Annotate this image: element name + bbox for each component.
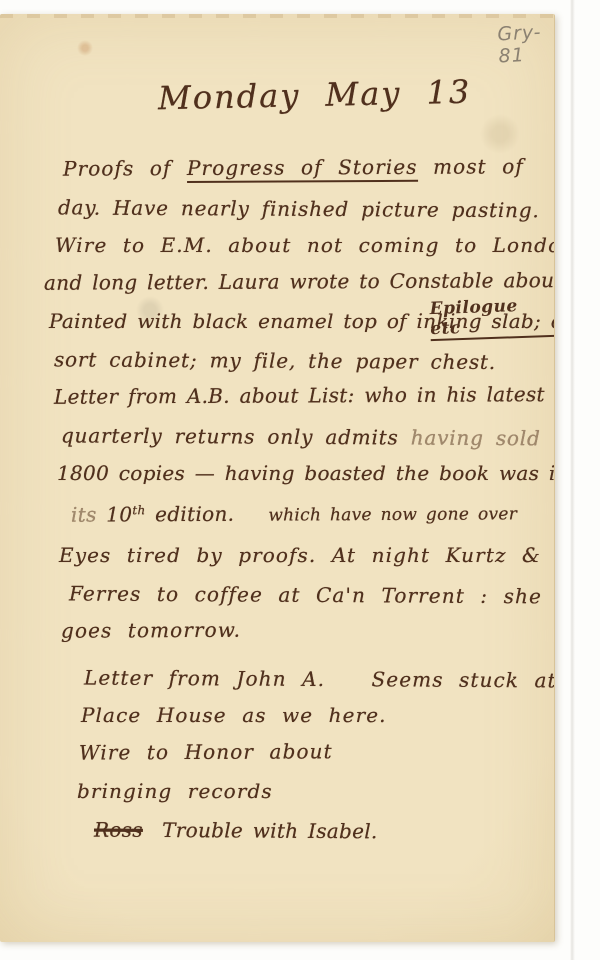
line-text: edition. xyxy=(145,502,234,526)
line-text: 10 xyxy=(106,502,132,526)
entry-line: goes tomorrow. xyxy=(0,609,554,650)
squeezed-note-text: which have now gone over xyxy=(268,504,517,525)
entry-line: 1800 copies — having boasted the book wa… xyxy=(0,454,554,492)
faded-ink-text: its xyxy=(71,502,106,526)
crossed-out-word: Ross xyxy=(94,818,143,842)
entry-line: day. Have nearly finished picture pastin… xyxy=(0,188,554,229)
entry-line: Proofs of Progress of Stories most of xyxy=(0,147,554,188)
line-text: most of xyxy=(418,154,524,179)
manuscript-page: Gry-81 Monday May 13 Epilogue etc Proofs… xyxy=(0,14,555,942)
entry-line: Wire to E.M. about not coming to London xyxy=(0,226,554,264)
entry-line: its 10th edition.which have now gone ove… xyxy=(0,489,554,536)
underlined-book-title: Progress of Stories xyxy=(187,155,418,183)
entry-date-heading: Monday May 13 xyxy=(158,73,472,118)
entry-line: bringing records xyxy=(0,772,554,810)
entry-line: Painted with black enamel top of inking … xyxy=(0,302,554,340)
entry-line: Ross Trouble with Isabel. xyxy=(0,810,554,851)
catalog-annotation: Gry-81 xyxy=(497,21,555,68)
entry-line: Letter from A.B. about List: who in his … xyxy=(0,375,554,416)
entry-line: Eyes tired by proofs. At night Kurtz & xyxy=(0,536,554,574)
entry-line: and long letter. Laura wrote to Constabl… xyxy=(0,261,554,302)
entry-line: Letter from John A. Seems stuck at xyxy=(0,658,554,699)
line-text: Trouble with Isabel. xyxy=(143,818,378,843)
entry-line: Place House as we here. xyxy=(0,696,554,734)
superscript-ordinal: th xyxy=(132,503,145,517)
line-text: Proofs of xyxy=(63,156,187,181)
entry-line: Wire to Honor about xyxy=(0,731,554,772)
diary-entry-text: Proofs of Progress of Stories most of da… xyxy=(0,150,554,848)
entry-line: quarterly returns only admits having sol… xyxy=(0,416,554,457)
faded-ink-text: having sold xyxy=(411,426,541,451)
line-text: quarterly returns only admits xyxy=(61,423,411,449)
